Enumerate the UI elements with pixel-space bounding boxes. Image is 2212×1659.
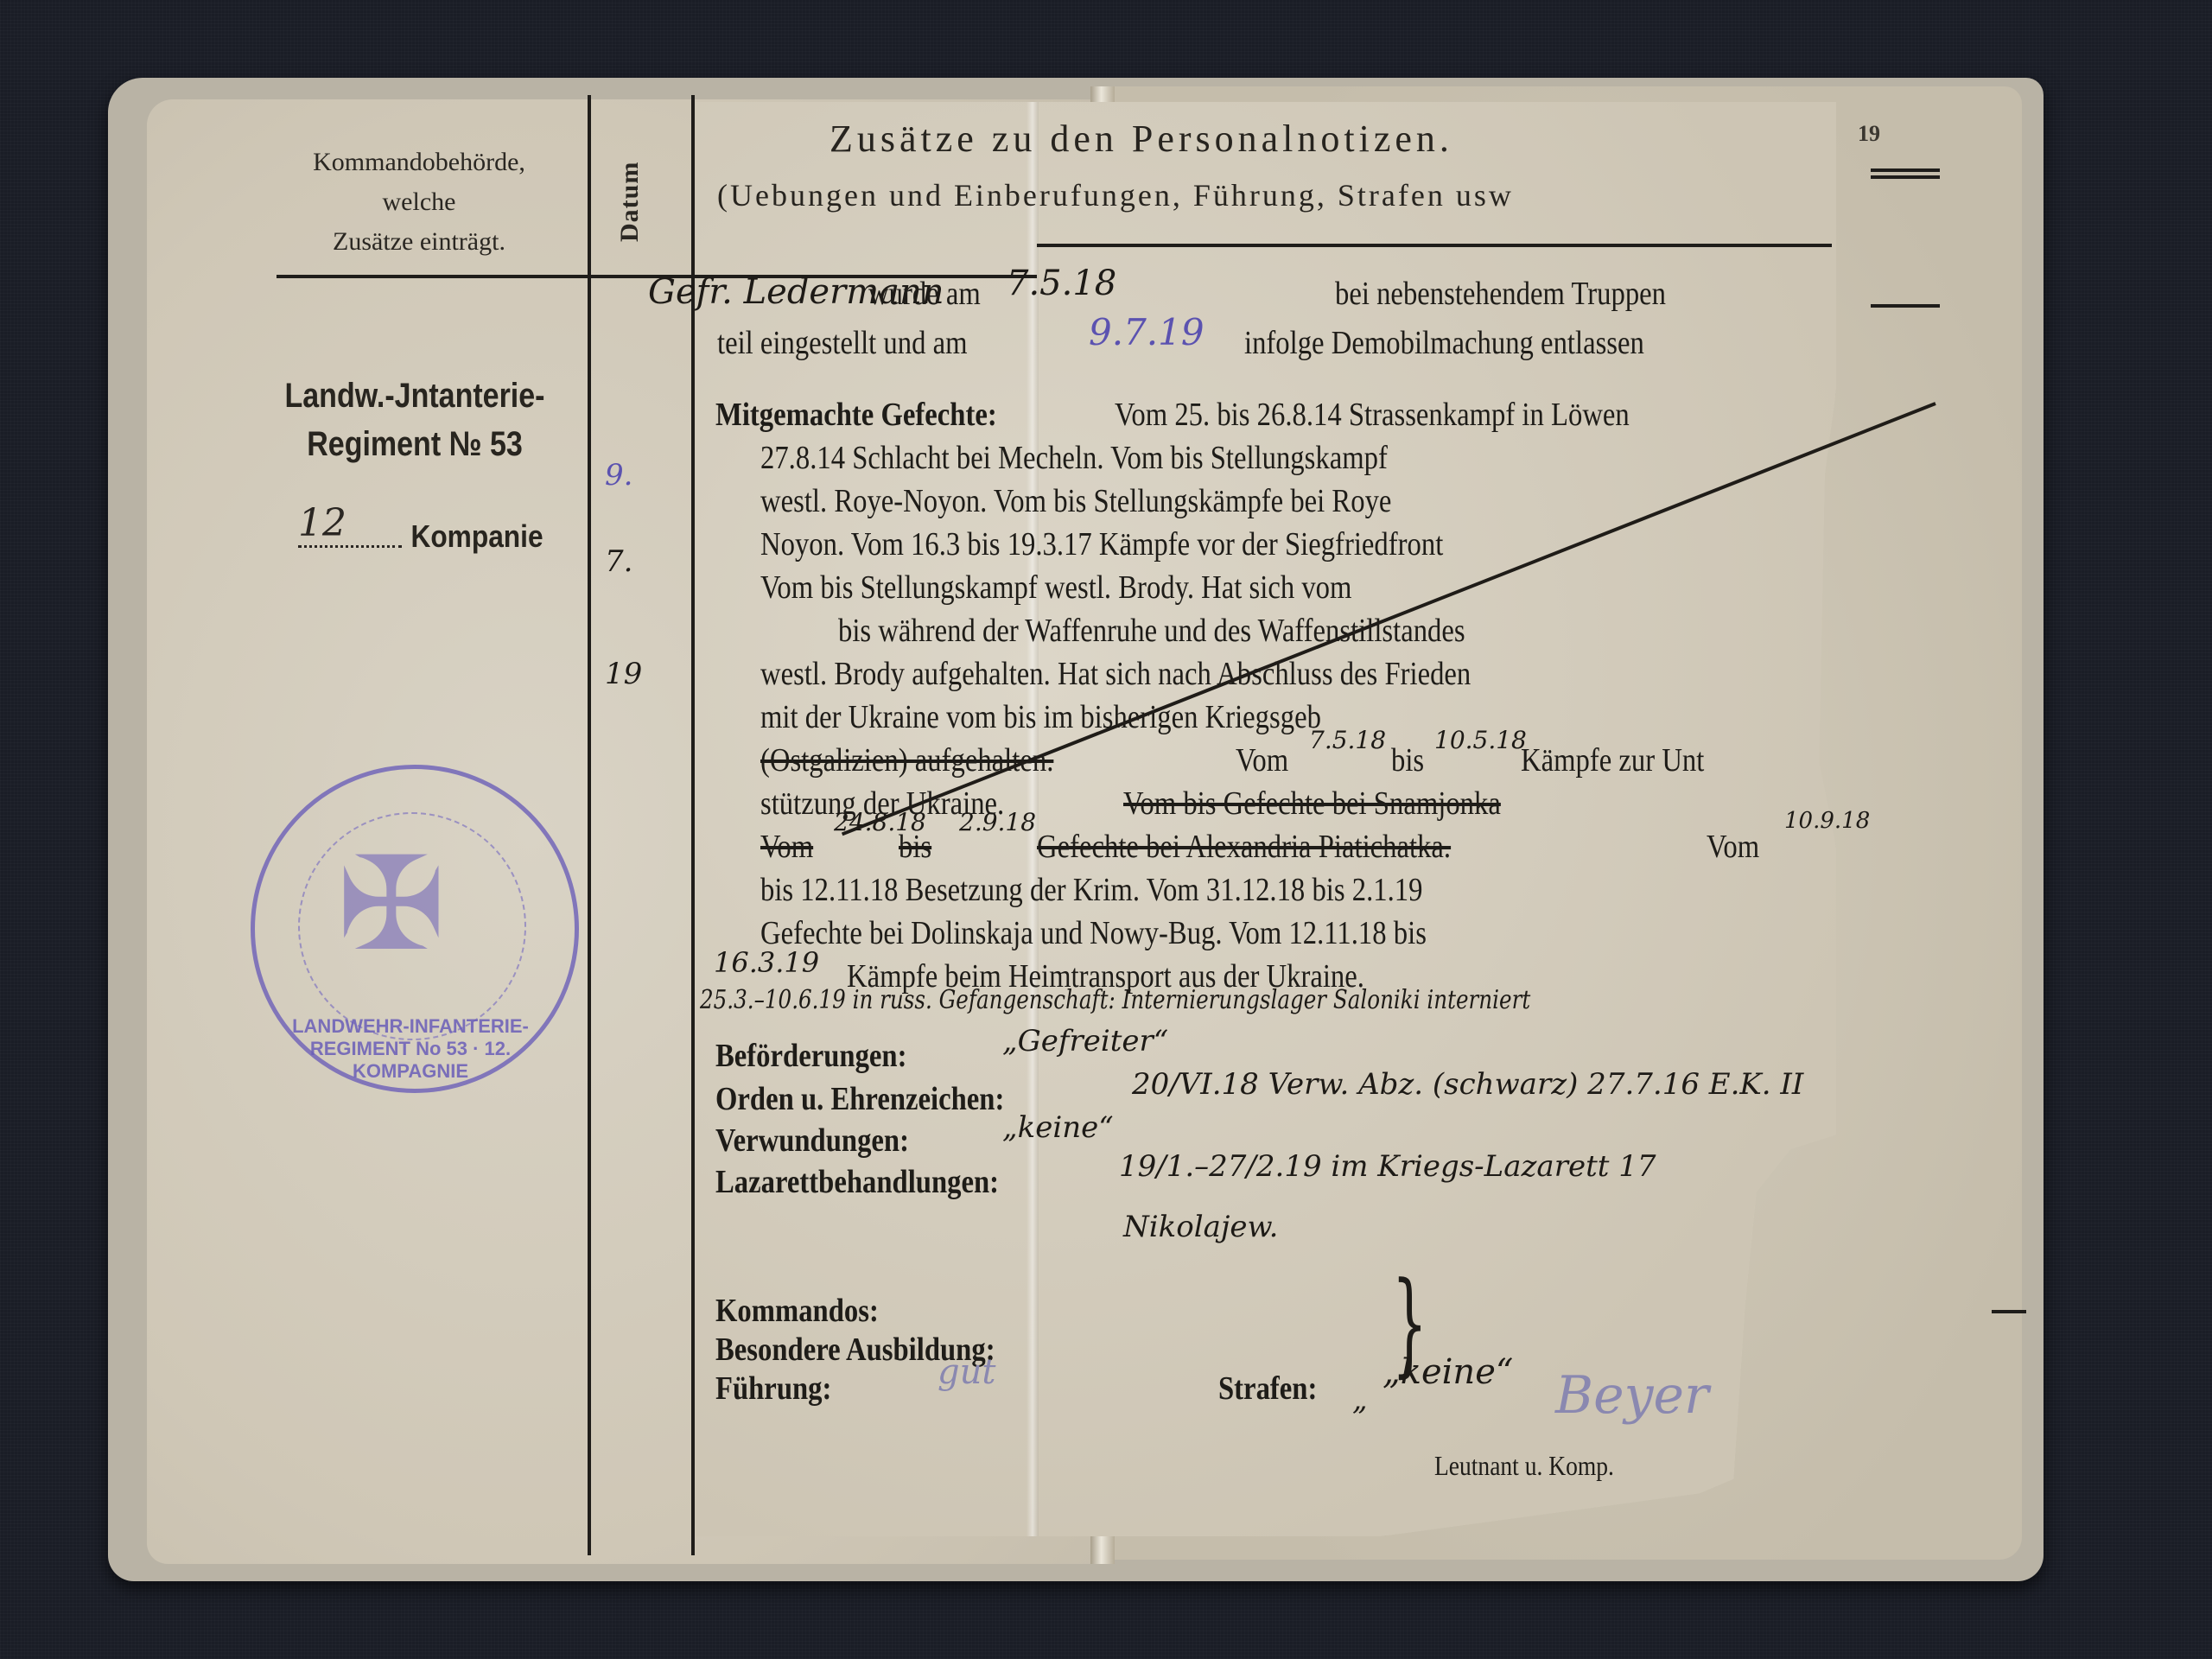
header-line: Kommandobehörde, (276, 143, 562, 182)
header-line: welche (276, 182, 562, 222)
company-label: Kompanie (410, 518, 543, 555)
verwundungen-value: „keine“ (1002, 1110, 1114, 1145)
fuehrung-value: gut (938, 1352, 995, 1392)
gefechte-line: Noyon. Vom 16.3 bis 19.3.17 Kämpfe vor d… (760, 525, 1443, 563)
lazarett-value: 19/1.–27/2.19 im Kriegs-Lazarett 17 (1119, 1149, 1656, 1184)
strafen-label: Strafen: (1218, 1370, 1317, 1408)
regiment-line-2: Regiment № 53 (283, 420, 547, 468)
hand-date: 10.9.18 (1784, 808, 1870, 834)
entry-text: bei nebenstehendem Truppen (1335, 275, 1666, 313)
officer-signature: Beyer (1555, 1365, 1709, 1426)
page-title: Zusätze zu den Personalnotizen. (829, 117, 1453, 161)
gefechte-line: Vom (1236, 741, 1288, 779)
gefechte-line: Vom 25. bis 26.8.14 Strassenkampf in Löw… (1115, 396, 1630, 434)
regiment-name: Landw.-Jntanterie- Regiment № 53 (283, 372, 547, 468)
gefechte-line: 27.8.14 Schlacht bei Mecheln. Vom bis St… (760, 439, 1388, 477)
gefechte-line: Vom (1707, 828, 1759, 866)
fuehrung-label: Führung: (715, 1370, 831, 1408)
gefechte-line: bis während der Waffenruhe und des Waffe… (838, 612, 1465, 650)
gefechte-line: Vom bis Stellungskampf westl. Brody. Hat… (760, 569, 1351, 607)
stamp-text: LANDWEHR-INFANTERIE-REGIMENT No 53 · 12.… (285, 1015, 536, 1083)
hand-date: 7.5.18 (1309, 726, 1386, 754)
befoerderungen-value: „Gefreiter“ (1002, 1024, 1168, 1058)
enlistment-date: 7.5.18 (1007, 264, 1116, 303)
column-divider-left (588, 95, 591, 1555)
gefechte-line: Gefechte bei Dolinskaja und Nowy-Bug. Vo… (760, 914, 1427, 952)
regiment-line-1: Landw.-Jntanterie- (283, 372, 547, 420)
entry-text: teil eingestellt und am (717, 324, 968, 362)
column-header-kommandobehoerde: Kommandobehörde, welche Zusätze einträgt… (276, 143, 562, 262)
gefechte-line: westl. Roye-Noyon. Vom bis Stellungskämp… (760, 482, 1391, 520)
hand-date: 2.9.18 (959, 808, 1036, 836)
verwundungen-label: Verwundungen: (715, 1122, 909, 1160)
gefechte-line: bis 12.11.18 Besetzung der Krim. Vom 31.… (760, 871, 1422, 909)
lazarett-value-city: Nikolajew. (1123, 1210, 1278, 1244)
gefechte-line-struck: Gefechte bei Alexandria Piatichatka. (1037, 828, 1451, 866)
right-margin-rule-3 (1871, 304, 1940, 308)
entry-text: wurde am (868, 275, 981, 313)
date-day: 9. (605, 458, 632, 493)
column-header-datum: Datum (615, 162, 645, 242)
strafen-value: „keine“ (1382, 1352, 1513, 1392)
page-number: 19 (1858, 121, 1880, 147)
page-subtitle: (Uebungen und Einberufungen, Führung, St… (717, 177, 1514, 213)
internment-note: 25.3.–10.6.19 in russ. Gefangenschaft: I… (700, 985, 1530, 1015)
gefechte-line-struck: bis (899, 828, 931, 866)
lazarett-label: Lazarettbehandlungen: (715, 1163, 999, 1201)
gefechte-label: Mitgemachte Gefechte: (715, 396, 997, 434)
gefechte-line: bis (1391, 741, 1424, 779)
hand-date: 16.3.19 (714, 946, 819, 979)
company-number: 12 (298, 501, 402, 548)
column-divider-right (691, 95, 695, 1555)
header-rule-right (1037, 244, 1832, 247)
gefechte-line: westl. Brody aufgehalten. Hat sich nach … (760, 655, 1471, 693)
hand-date: 10.5.18 (1434, 726, 1527, 754)
entry-text: infolge Demobilmachung entlassen (1244, 324, 1644, 362)
gefechte-line-struck: (Ostgalizien) aufgehalten. (760, 741, 1053, 779)
kommandos-label: Kommandos: (715, 1292, 879, 1330)
ditto-mark: „ (1352, 1382, 1368, 1417)
orden-value: 20/VI.18 Verw. Abz. (schwarz) 27.7.16 E.… (1132, 1067, 1803, 1102)
gefechte-line: Kämpfe zur Unt (1521, 741, 1704, 779)
signature-label: Leutnant u. Komp. (1434, 1450, 1614, 1482)
gefechte-line-struck: Vom bis Gefechte bei Snamjonka (1123, 785, 1501, 823)
right-margin-tick (1992, 1310, 2026, 1313)
orden-label: Orden u. Ehrenzeichen: (715, 1080, 1004, 1118)
right-margin-rule-2 (1871, 175, 1940, 179)
date-year: 19 (605, 657, 642, 691)
discharge-date: 9.7.19 (1089, 311, 1205, 353)
eagle-emblem-icon: ✠ (337, 829, 446, 980)
header-line: Zusätze einträgt. (276, 222, 562, 262)
right-margin-rule (1871, 168, 1940, 172)
gefechte-line-struck: Vom (760, 828, 813, 866)
gefechte-line: mit der Ukraine vom bis im bisherigen Kr… (760, 698, 1321, 736)
date-month: 7. (605, 544, 632, 579)
befoerderungen-label: Beförderungen: (715, 1037, 906, 1075)
